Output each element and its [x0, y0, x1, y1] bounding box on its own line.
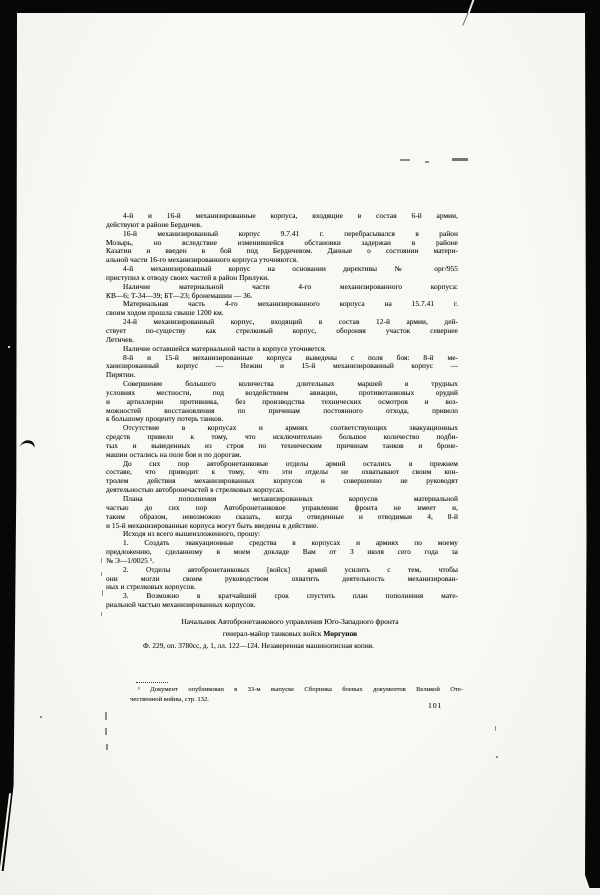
- scan-mark: [101, 572, 102, 576]
- scan-mark: [105, 728, 107, 735]
- footnote-line: ¹ Документ опубликован в 33-м выпуске Сб…: [130, 685, 463, 695]
- scan-mark: [452, 158, 468, 161]
- scan-mark: [400, 159, 410, 161]
- signature-block: Начальник Автобронетанкового управления …: [110, 616, 470, 639]
- scan-mark: [495, 726, 496, 731]
- page-number: 101: [428, 701, 442, 710]
- scan-border-top: [0, 0, 600, 13]
- signature-name: Моргунов: [323, 629, 357, 638]
- signature-title-line: Начальник Автобронетанкового управления …: [110, 616, 470, 628]
- scan-mark: [101, 612, 102, 616]
- archival-reference: Ф. 229, оп. 3780сс, д. 1, лл. 122—124. Н…: [143, 641, 473, 650]
- scan-mark: [8, 346, 10, 348]
- text-line: предложению, сделанному в моем докладе В…: [106, 548, 458, 557]
- scan-mark: [105, 712, 107, 720]
- signature-rank-line: генерал-майор танковых войск Моргунов: [110, 628, 470, 640]
- footnote-separator: [136, 682, 168, 683]
- scan-mark: [496, 756, 498, 758]
- scan-mark: [106, 744, 108, 750]
- text-line: ханизированный корпус — Нежин и 15-й мех…: [106, 362, 458, 371]
- text-line: ствует по-существу как стрелковый корпус…: [106, 327, 458, 336]
- document-body: 4-й и 16-й механизированные корпуса, вхо…: [106, 212, 458, 610]
- footnote: ¹ Документ опубликован в 33-м выпуске Сб…: [130, 685, 463, 705]
- scanned-page: 4-й и 16-й механизированные корпуса, вхо…: [0, 0, 600, 895]
- scan-border-right: [585, 13, 600, 888]
- footnote-line: чественной войны, стр. 132.: [130, 695, 463, 705]
- scan-mark: [40, 716, 42, 718]
- signature-rank: генерал-майор танковых войск: [223, 629, 322, 638]
- scan-mark: [101, 558, 102, 563]
- text-line: риальной частью механизированных корпусо…: [106, 601, 458, 610]
- scan-mark: [425, 161, 429, 163]
- scan-mark: [102, 590, 103, 596]
